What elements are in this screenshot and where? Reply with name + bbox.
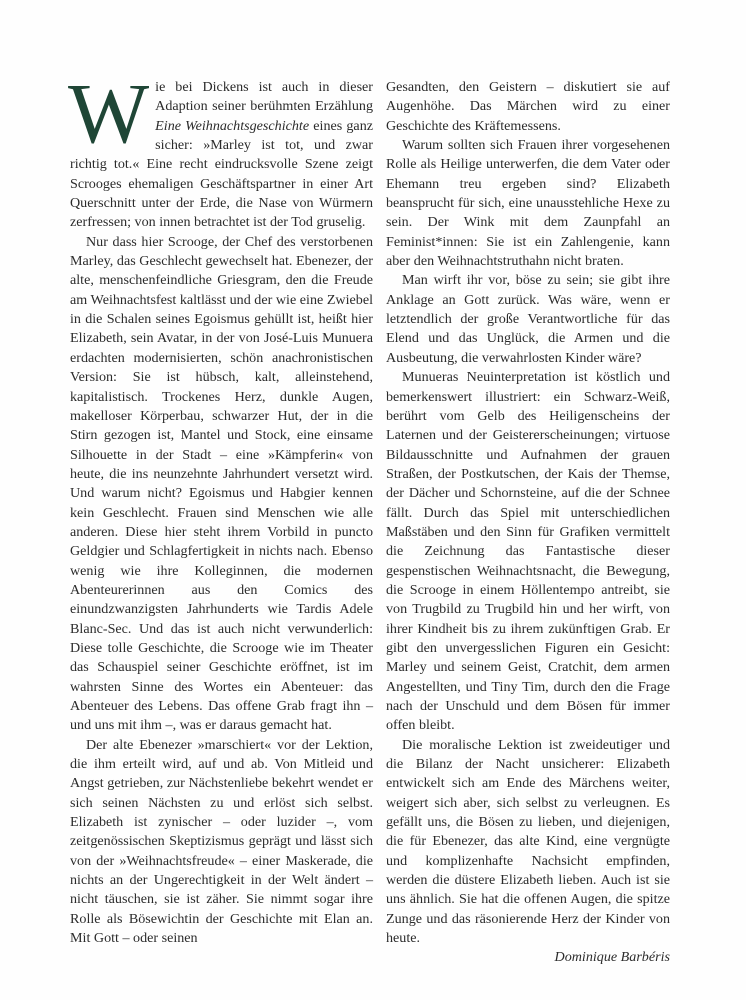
paragraph-6: Munueras Neuinterpretation ist köstlich … (386, 368, 670, 736)
book-title: Eine Weihnachtsgeschichte (155, 118, 309, 134)
document-page: Wie bei Dickens ist auch in dieser Adapt… (0, 0, 746, 1000)
right-column: Gesandten, den Geistern – diskutiert sie… (386, 78, 670, 968)
paragraph-3: Der alte Ebenezer »marschiert« vor der L… (70, 736, 373, 949)
paragraph-7: Die moralische Lektion ist zweideutiger … (386, 736, 670, 949)
left-column: Wie bei Dickens ist auch in dieser Adapt… (70, 78, 373, 948)
paragraph-4: Warum sollten sich Frauen ihrer vorgeseh… (386, 136, 670, 271)
paragraph-2: Nur dass hier Scrooge, der Chef des vers… (70, 233, 373, 736)
paragraph-1: Wie bei Dickens ist auch in dieser Adapt… (70, 78, 373, 233)
paragraph-5: Man wirft ihr vor, böse zu sein; sie gib… (386, 271, 670, 368)
author-signature: Dominique Barbéris (386, 948, 670, 967)
drop-cap: W (68, 78, 149, 142)
paragraph-3-continued: Gesandten, den Geistern – diskutiert sie… (386, 78, 670, 136)
paragraph-text: ie bei Dickens ist auch in dieser Adapti… (155, 79, 373, 114)
